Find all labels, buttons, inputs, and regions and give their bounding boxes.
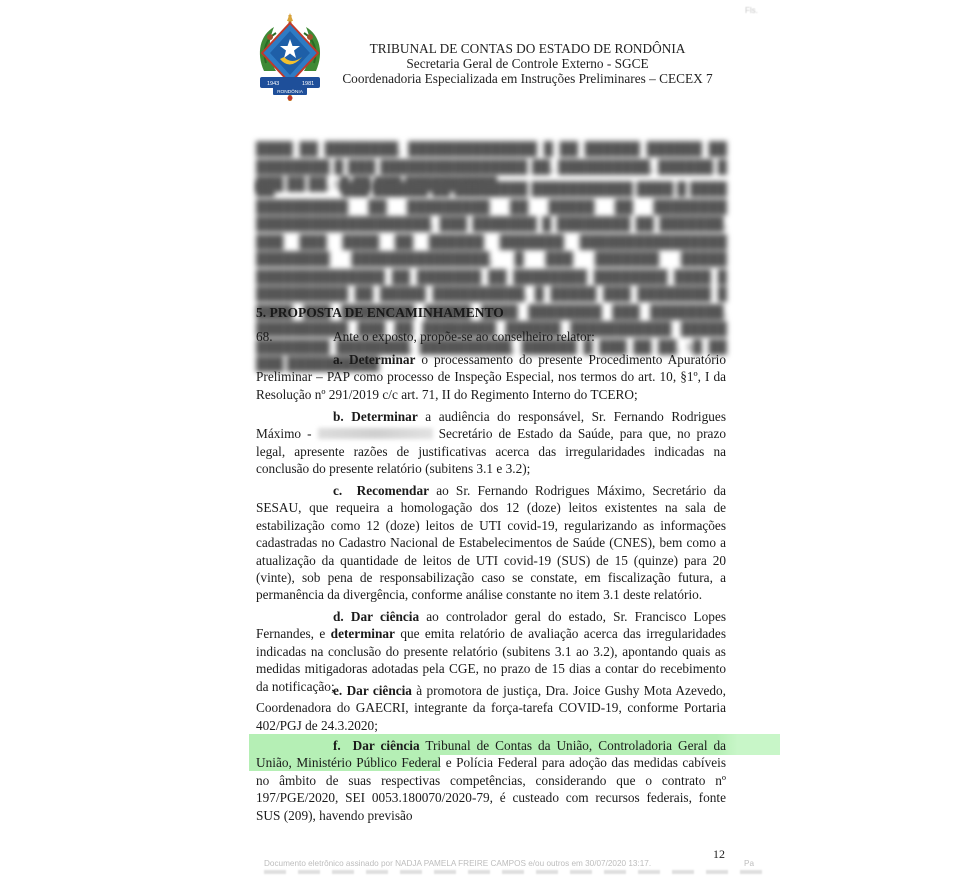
item-text: o processamento do presente Procedimento… — [256, 352, 726, 402]
header-secretariat: Secretaria Geral de Controle Externo - S… — [340, 56, 715, 71]
item-text: ao Sr. Fernando Rodrigues Máximo, Secret… — [256, 483, 726, 602]
item-verb-secondary: determinar — [331, 626, 395, 641]
item-verb: Dar ciência — [351, 609, 419, 624]
document-header: TRIBUNAL DE CONTAS DO ESTADO DE RONDÔNIA… — [340, 41, 715, 86]
svg-text:1943: 1943 — [267, 81, 279, 87]
electronic-signature-note-line2 — [264, 870, 764, 874]
folio-stamp: Fls. — [745, 6, 758, 15]
rondonia-coat-of-arms-icon: 1943 1981 RONDÔNIA — [256, 13, 324, 105]
item-verb: Determinar — [351, 409, 417, 424]
proposal-item-c: c. Recomendar ao Sr. Fernando Rodrigues … — [256, 482, 726, 604]
item-text: à promotora de justiça, Dra. Joice Gushy… — [256, 683, 726, 733]
item-verb: Recomendar — [357, 483, 429, 498]
item-label: f. — [333, 738, 341, 753]
item-label: d. — [333, 609, 344, 624]
page-number: 12 — [713, 847, 725, 862]
header-institution: TRIBUNAL DE CONTAS DO ESTADO DE RONDÔNIA — [340, 41, 715, 56]
redacted-cpf — [318, 428, 433, 439]
svg-text:RONDÔNIA: RONDÔNIA — [277, 88, 304, 95]
proposal-item-f: f. Dar ciência Tribunal de Contas da Uni… — [256, 737, 726, 824]
item-verb: Dar ciência — [347, 683, 412, 698]
document-page: Fls. 1943 1981 RONDÔNIA TRIBUNAL DE CONT… — [0, 0, 960, 880]
page-label: Pa — [744, 859, 754, 868]
item-verb: Dar ciência — [353, 738, 420, 753]
item-label: b. — [333, 409, 344, 424]
proposal-item-e: e. Dar ciência à promotora de justiça, D… — [256, 682, 726, 734]
item-label: e. — [333, 683, 342, 698]
proposal-item-b: b. Determinar a audiência do responsável… — [256, 408, 726, 478]
item-verb: Determinar — [349, 352, 415, 367]
section-heading: 5. PROPOSTA DE ENCAMINHAMENTO — [256, 305, 504, 321]
header-coordination: Coordenadoria Especializada em Instruçõe… — [340, 71, 715, 86]
proposal-item-a: a. Determinar o processamento do present… — [256, 351, 726, 403]
item-label: c. — [333, 483, 342, 498]
paragraph-number: 68. — [256, 329, 273, 345]
svg-text:1981: 1981 — [302, 81, 314, 87]
paragraph-intro: Ante o exposto, propõe-se ao conselheiro… — [333, 329, 595, 345]
electronic-signature-note: Documento eletrônico assinado por NADJA … — [264, 859, 651, 868]
item-label: a. — [333, 352, 343, 367]
